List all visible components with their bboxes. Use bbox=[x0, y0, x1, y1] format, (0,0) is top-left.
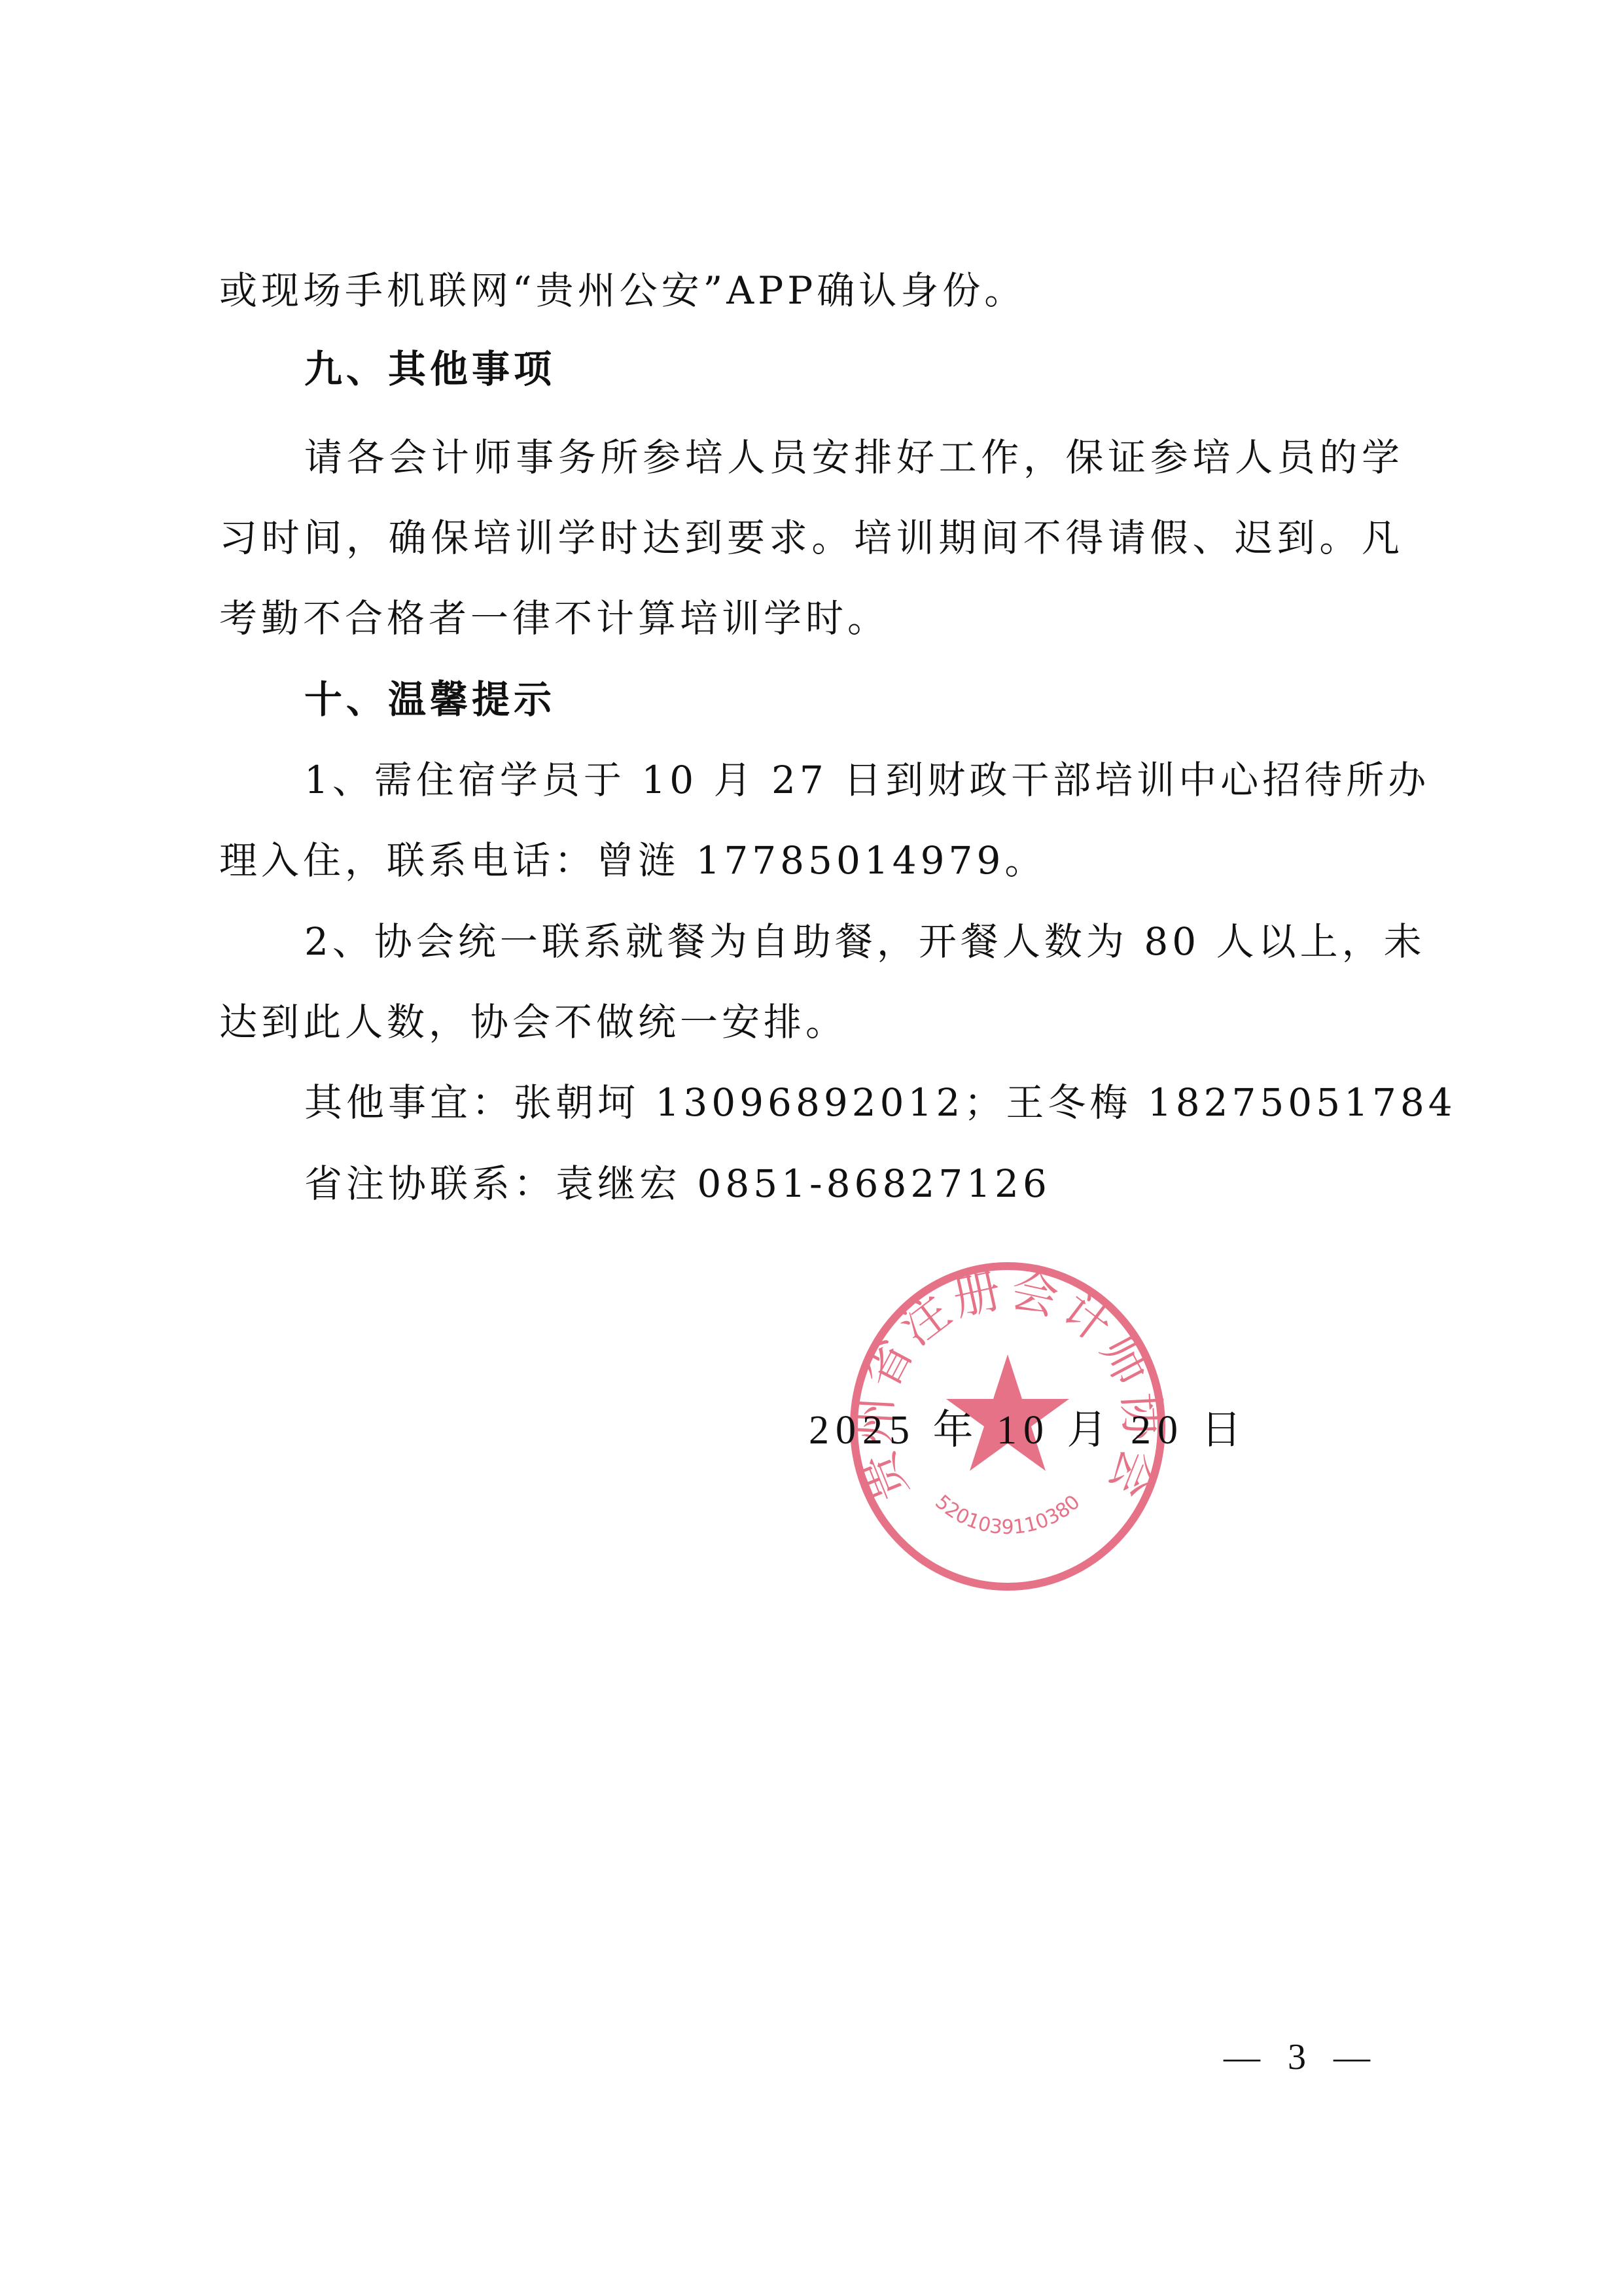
tip-1-line: 理入住，联系电话：曾涟 17785014979。 bbox=[219, 841, 1046, 879]
body-line: 考勤不合格者一律不计算培训学时。 bbox=[219, 599, 889, 637]
tip-2-line: 达到此人数，协会不做统一安排。 bbox=[219, 1003, 847, 1041]
signature-date: 2025 年 10 月 20 日 bbox=[809, 1397, 1248, 1455]
tip-2-line: 2、协会统一联系就餐为自助餐，开餐人数为 80 人以上，未 bbox=[304, 923, 1403, 961]
tip-1-line: 1、需住宿学员于 10 月 27 日到财政干部培训中心招待所办 bbox=[304, 761, 1403, 799]
contact-line: 其他事宜：张朝坷 13096892012；王冬梅 18275051784 bbox=[304, 1084, 1456, 1122]
body-line: 或现场手机联网“贵州公安”APP确认身份。 bbox=[219, 272, 1026, 309]
contact-line: 省注协联系：袁继宏 0851-86827126 bbox=[304, 1165, 1051, 1203]
svg-text:5201039110380: 5201039110380 bbox=[930, 1491, 1084, 1539]
section-heading-10: 十、温馨提示 bbox=[304, 680, 556, 718]
section-heading-9: 九、其他事项 bbox=[304, 350, 556, 388]
body-line: 习时间，确保培训学时达到要求。培训期间不得请假、迟到。凡 bbox=[219, 519, 1403, 557]
body-line: 请各会计师事务所参培人员安排好工作，保证参培人员的学 bbox=[304, 438, 1403, 476]
page-number: — 3 — bbox=[1224, 2036, 1379, 2078]
